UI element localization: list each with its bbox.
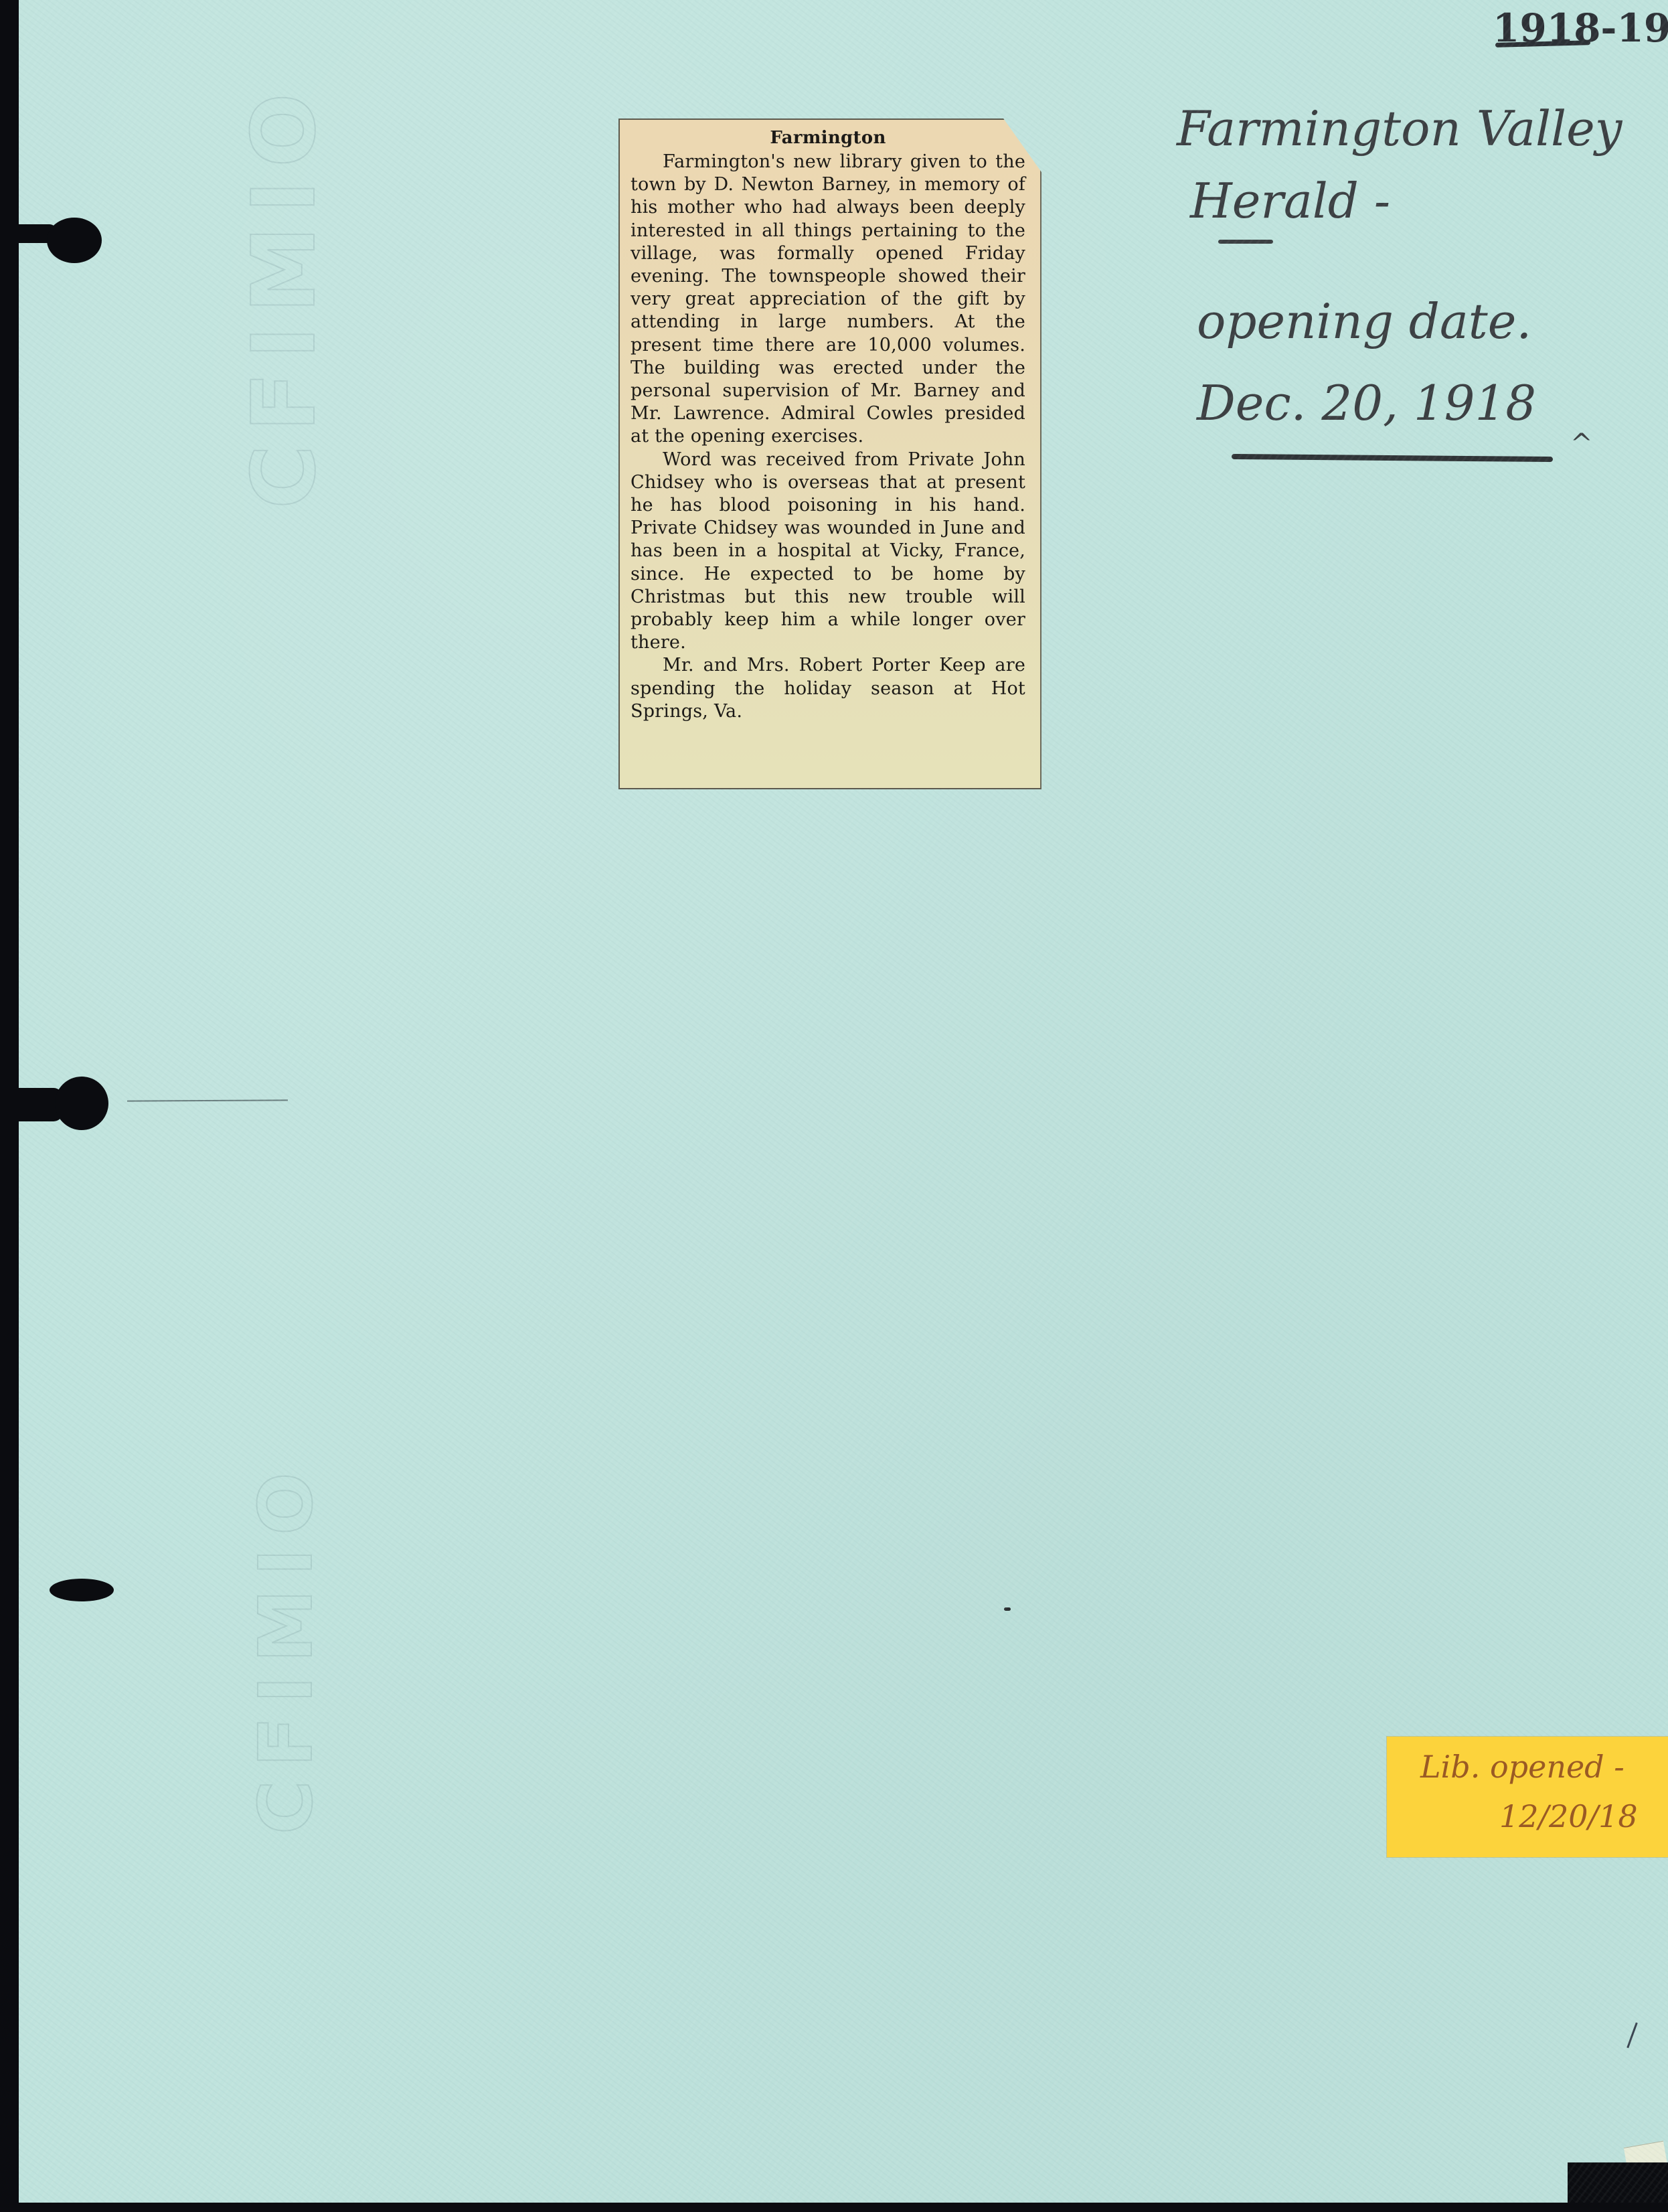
watermark-lower: CFIMIO xyxy=(243,1459,329,1834)
handwritten-opening-label: opening date. xyxy=(1197,293,1531,349)
stray-ink-mark xyxy=(1004,1607,1011,1611)
clipping-paragraph-chidsey: Word was received from Private John Chid… xyxy=(631,449,1025,655)
handwritten-source: Farmington Valley xyxy=(1177,100,1622,157)
handwritten-caret: ^ xyxy=(1570,428,1593,459)
punch-hole-top xyxy=(47,218,102,263)
clipping-heading: Farmington xyxy=(631,128,1025,148)
sticky-note-line2: 12/20/18 xyxy=(1499,1798,1638,1834)
torn-corner xyxy=(1568,2162,1668,2203)
stray-pencil-stroke xyxy=(1627,2023,1638,2049)
date-underline xyxy=(1232,454,1553,462)
sticky-note: Lib. opened - 12/20/18 xyxy=(1387,1737,1668,1857)
clipping-paragraph-keep: Mr. and Mrs. Robert Porter Keep are spen… xyxy=(631,654,1025,723)
newspaper-clipping: Farmington Farmington's new library give… xyxy=(618,118,1041,789)
paper-tear xyxy=(127,1099,288,1101)
watermark-upper: CFIMIO xyxy=(233,80,335,509)
clipping-paragraph-library: Farmington's new library given to the to… xyxy=(631,151,1025,449)
handwritten-source-line2: Herald - xyxy=(1190,173,1390,229)
punch-hole-middle xyxy=(55,1077,108,1130)
handwritten-opening-date: Dec. 20, 1918 xyxy=(1197,375,1536,431)
handwritten-dash xyxy=(1218,240,1273,244)
punch-hole-bottom xyxy=(50,1579,114,1601)
sticky-note-line1: Lib. opened - xyxy=(1420,1749,1624,1785)
